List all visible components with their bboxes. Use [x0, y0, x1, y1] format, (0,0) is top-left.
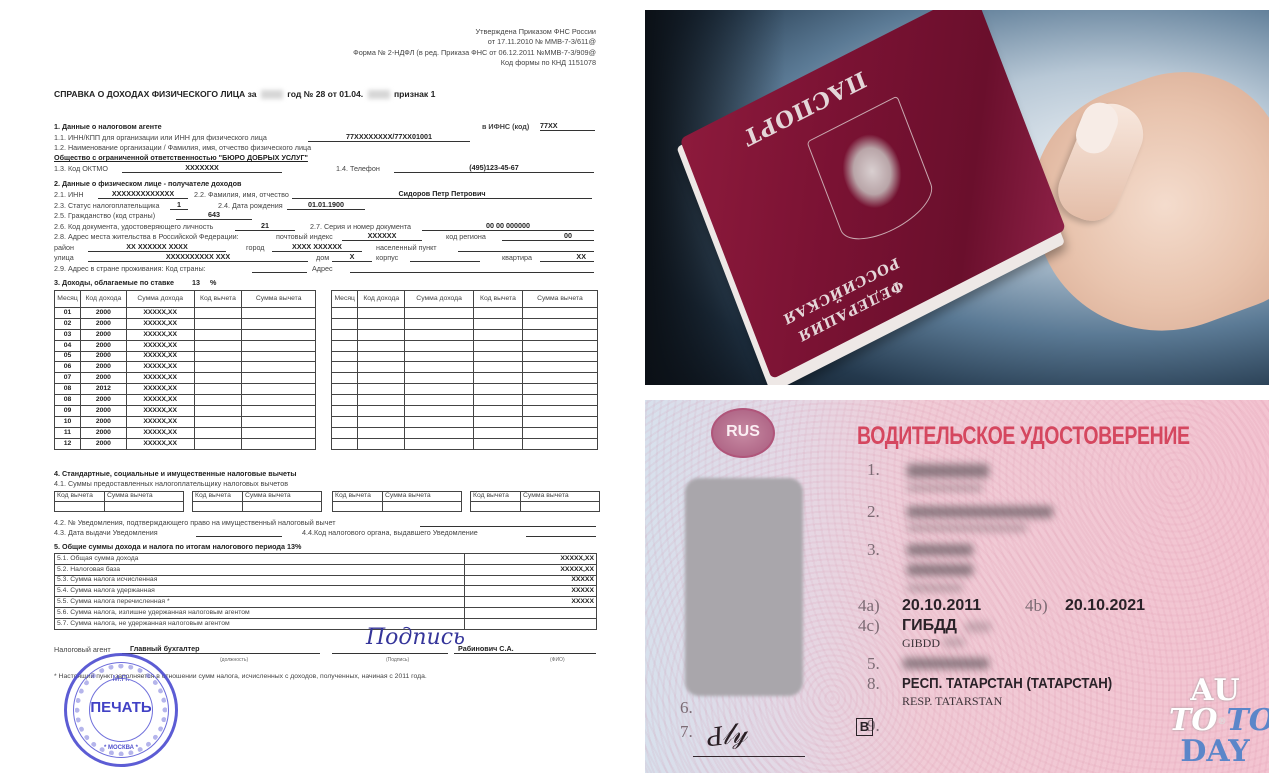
document-title: СПРАВКА О ДОХОДАХ ФИЗИЧЕСКОГО ЛИЦА за го… [54, 89, 435, 99]
postal-label: почтовый индекс [276, 233, 333, 242]
field-2-label: 2. [867, 502, 880, 522]
income-cell: 2000 [80, 373, 126, 384]
income-cell: 05 [55, 351, 81, 362]
income-cell: XXXXX,XX [126, 406, 194, 417]
income-row: 052000XXXXX,XX [55, 351, 316, 362]
income-cell [474, 406, 523, 417]
income-cell [194, 395, 242, 406]
income-cell: 2000 [80, 438, 126, 449]
building-label: корпус [376, 254, 398, 263]
income-cell [358, 416, 405, 427]
tax-rate-unit: % [210, 278, 216, 287]
totals-label: 5.4. Сумма налога удержанная [55, 586, 465, 597]
org-name-value: Общество с ограниченной ответственностью… [54, 154, 308, 163]
deduction-code-header: Код вычета [471, 492, 521, 502]
autotoday-watermark-logo: AU TO®TO DAY [1169, 676, 1261, 767]
income-cell: 2000 [80, 395, 126, 406]
income-column-header: Сумма дохода [405, 291, 474, 308]
income-cell: 2000 [80, 318, 126, 329]
income-cell [522, 427, 597, 438]
org-name-label: 1.2. Наименование организации / Фамилия,… [54, 144, 311, 153]
totals-label: 5.2. Налоговая база [55, 564, 465, 575]
field-5-label: 5. [867, 654, 880, 674]
totals-row: 5.2. Налоговая база XXXXX,XX [55, 564, 597, 575]
section5-heading: 5. Общие суммы дохода и налога по итогам… [54, 543, 301, 552]
income-row: 022000XXXXX,XX [55, 318, 316, 329]
deduction-code-header: Код вычета [333, 492, 383, 502]
field-1-redacted-sub [907, 484, 983, 492]
totals-row: 5.5. Сумма налога перечисленная * XXXXX [55, 597, 597, 608]
income-cell [405, 340, 474, 351]
deduction-table: Код вычета Сумма вычета [332, 491, 462, 512]
income-cell [474, 318, 523, 329]
inn-value: XXXXXXXXXXXXX [98, 189, 188, 199]
blurred-photo [685, 478, 803, 696]
income-cell [332, 329, 358, 340]
position-caption: (должность) [220, 657, 248, 663]
district-label: район [54, 244, 74, 253]
income-cell [405, 395, 474, 406]
income-row: 122000XXXXX,XX [55, 438, 316, 449]
income-cell [474, 427, 523, 438]
income-cell [332, 384, 358, 395]
income-cell [405, 438, 474, 449]
position-value: Главный бухгалтер [122, 644, 320, 654]
deduction-table: Код вычета Сумма вычета [54, 491, 184, 512]
income-cell [522, 438, 597, 449]
oktmo-value: XXXXXXX [122, 163, 282, 173]
income-row: 082012XXXXX,XX [55, 384, 316, 395]
income-cell [474, 416, 523, 427]
income-cell [405, 329, 474, 340]
field-3-redacted-2 [907, 564, 973, 576]
field-1-label: 1. [867, 460, 880, 480]
income-row: 092000XXXXX,XX [55, 406, 316, 417]
income-row: 102000XXXXX,XX [55, 416, 316, 427]
income-cell [474, 438, 523, 449]
income-cell [405, 416, 474, 427]
citizenship-label: 2.5. Гражданство (код страны) [54, 212, 155, 221]
totals-value: XXXXX,XX [465, 554, 597, 565]
income-column-header: Сумма вычета [522, 291, 597, 308]
deductions-sublabel: 4.1. Суммы предоставленных налогоплатель… [54, 480, 288, 489]
tax-rate-value: 13 [192, 278, 200, 287]
section2-heading: 2. Данные о физическом лице - получателе… [54, 180, 241, 189]
deduction-table: Код вычета Сумма вычета [470, 491, 600, 512]
income-cell [332, 351, 358, 362]
deduction-sum-cell [383, 502, 462, 512]
section3-heading: 3. Доходы, облагаемые по ставке 13 % [54, 279, 216, 288]
totals-table: 5.1. Общая сумма дохода XXXXX,XX 5.2. На… [54, 553, 597, 630]
income-cell [474, 329, 523, 340]
income-cell: XXXXX,XX [126, 438, 194, 449]
income-cell [358, 308, 405, 319]
issuer-redacted [965, 622, 991, 632]
street-value: XXXXXXXXXX XXX [88, 252, 308, 262]
redacted-year [261, 90, 283, 99]
income-cell [474, 340, 523, 351]
district-value: XX XXXXXX XXXX [88, 242, 226, 252]
deduction-sum-cell [521, 502, 600, 512]
income-cell: 04 [55, 340, 81, 351]
deduction-code-cell [193, 502, 243, 512]
income-cell [358, 384, 405, 395]
income-cell [358, 427, 405, 438]
approval-line: Код формы по КНД 1151078 [353, 58, 596, 68]
income-cell [405, 318, 474, 329]
totals-value [465, 607, 597, 618]
income-cell: 11 [55, 427, 81, 438]
income-header-row: МесяцКод доходаСумма доходаКод вычетаСум… [332, 291, 598, 308]
ifns-label: в ИФНС (код) [482, 123, 529, 132]
fio-label: 2.2. Фамилия, имя, отчество [194, 191, 289, 200]
region-value: 00 [502, 231, 594, 241]
deduction-table: Код вычета Сумма вычета [192, 491, 322, 512]
issuer-value: ГИБДД [902, 617, 957, 635]
house-value: X [332, 252, 372, 262]
country-code: RUS [713, 423, 773, 441]
deduction-sum-header: Сумма вычета [243, 492, 322, 502]
income-cell: XXXXX,XX [126, 308, 194, 319]
deduction-row [193, 502, 322, 512]
income-cell: XXXXX,XX [126, 416, 194, 427]
postal-value: XXXXXX [342, 231, 422, 241]
income-column-header: Код вычета [474, 291, 523, 308]
watermark-line1: AU [1169, 676, 1261, 706]
income-table-right: МесяцКод доходаСумма доходаКод вычетаСум… [331, 290, 598, 450]
income-cell [332, 438, 358, 449]
deduction-sum-header: Сумма вычета [521, 492, 600, 502]
field-2-redacted-sub [907, 524, 1027, 532]
income-cell [405, 351, 474, 362]
field-8-label: 8. [867, 674, 880, 694]
income-cell [242, 438, 316, 449]
deduction-header-row: Код вычета Сумма вычета [333, 492, 462, 502]
income-cell: 03 [55, 329, 81, 340]
totals-label: 5.5. Сумма налога перечисленная * [55, 597, 465, 608]
income-cell: XXXXX,XX [126, 329, 194, 340]
income-cell [358, 362, 405, 373]
inn-label: 2.1. ИНН [54, 191, 84, 200]
income-cell [522, 362, 597, 373]
deduction-sum-cell [105, 502, 184, 512]
totals-row: 5.6. Сумма налога, излишне удержанная на… [55, 607, 597, 618]
field-2-redacted [907, 506, 1053, 518]
income-cell [332, 427, 358, 438]
section4-heading: 4. Стандартные, социальные и имущественн… [54, 470, 297, 479]
citizenship-value: 643 [176, 210, 252, 220]
foreign-address-field [350, 263, 594, 273]
income-row: 112000XXXXX,XX [55, 427, 316, 438]
income-cell [194, 351, 242, 362]
region-value: РЕСП. ТАТАРСТАН (ТАТАРСТАН) [902, 675, 1112, 692]
foreign-address-label: Адрес [312, 265, 333, 274]
income-cell [194, 308, 242, 319]
income-cell [405, 308, 474, 319]
income-cell: 2000 [80, 406, 126, 417]
deduction-row [333, 502, 462, 512]
apt-value: XX [540, 252, 594, 262]
income-column-header: Месяц [332, 291, 358, 308]
approval-line: от 17.11.2010 № ММВ-7-3/611@ [353, 37, 596, 47]
income-cell [242, 384, 316, 395]
income-cell [522, 308, 597, 319]
deduction-sum-cell [243, 502, 322, 512]
income-cell [242, 362, 316, 373]
deduction-header-row: Код вычета Сумма вычета [471, 492, 600, 502]
dob-value: 01.01.1900 [287, 200, 365, 210]
license-number-redacted [903, 658, 989, 669]
city-value: XXXX XXXXXX [272, 242, 362, 252]
income-cell [405, 427, 474, 438]
income-cell: 2000 [80, 329, 126, 340]
income-column-header: Сумма вычета [242, 291, 316, 308]
stamp-city: * МОСКВА * [67, 745, 175, 752]
income-cell: XXXXX,XX [126, 427, 194, 438]
deduction-code-cell [55, 502, 105, 512]
income-cell [242, 416, 316, 427]
ifns-value: 77XX [540, 121, 595, 131]
income-row [332, 340, 598, 351]
income-row [332, 308, 598, 319]
income-cell [194, 427, 242, 438]
income-cell: 2000 [80, 416, 126, 427]
house-label: дом [316, 254, 329, 263]
income-cell: XXXXX,XX [126, 373, 194, 384]
notice-org-label: 4.4.Код налогового органа, выдавшего Уве… [302, 529, 478, 538]
rus-country-badge: RUS [711, 408, 775, 458]
approval-line: Утверждена Приказом ФНС России [353, 27, 596, 37]
totals-value [465, 618, 597, 629]
phone-label: 1.4. Телефон [336, 165, 380, 174]
income-cell: 2000 [80, 427, 126, 438]
income-row [332, 362, 598, 373]
phone-value: (495)123-45-67 [394, 163, 594, 173]
income-cell: 02 [55, 318, 81, 329]
income-cell [194, 384, 242, 395]
income-cell [358, 329, 405, 340]
income-row: 042000XXXXX,XX [55, 340, 316, 351]
section1-heading: 1. Данные о налоговом агенте [54, 123, 162, 132]
deduction-header-row: Код вычета Сумма вычета [193, 492, 322, 502]
income-cell [242, 318, 316, 329]
totals-value: XXXXX [465, 597, 597, 608]
income-cell: 2000 [80, 308, 126, 319]
doc-series-value: 00 00 000000 [422, 221, 594, 231]
income-column-header: Код вычета [194, 291, 242, 308]
income-cell [405, 362, 474, 373]
issuer-latin: GIBDD [902, 636, 940, 651]
field-4a-label: 4a) [858, 596, 880, 616]
doc-code-label: 2.6. Код документа, удостоверяющего личн… [54, 223, 213, 232]
income-cell [332, 416, 358, 427]
income-header-row: МесяцКод доходаСумма доходаКод вычетаСум… [55, 291, 316, 308]
title-middle: год № 28 от 01.04. [287, 89, 363, 99]
income-row [332, 329, 598, 340]
income-cell [194, 406, 242, 417]
income-cell: XXXXX,XX [126, 362, 194, 373]
income-cell: 2012 [80, 384, 126, 395]
income-cell: 10 [55, 416, 81, 427]
foreign-country-label: 2.9. Адрес в стране проживания: Код стра… [54, 265, 206, 274]
deduction-row [471, 502, 600, 512]
income-cell [332, 318, 358, 329]
watermark-line3: DAY [1169, 737, 1261, 767]
ndfl-certificate-document: Утверждена Приказом ФНС России от 17.11.… [30, 10, 620, 780]
income-cell [405, 406, 474, 417]
totals-row: 5.7. Сумма налога, не удержанная налогов… [55, 618, 597, 629]
income-cell: XXXXX,XX [126, 395, 194, 406]
address-label: 2.8. Адрес места жительства в Российской… [54, 233, 239, 242]
field-3-label: 3. [867, 540, 880, 560]
income-row: 012000XXXXX,XX [55, 308, 316, 319]
signer-name-value: Рабинович С.А. [454, 644, 596, 654]
income-cell [332, 373, 358, 384]
deduction-code-cell [333, 502, 383, 512]
income-cell [194, 329, 242, 340]
income-cell [358, 406, 405, 417]
totals-row: 5.4. Сумма налога удержанная XXXXX [55, 586, 597, 597]
income-row [332, 406, 598, 417]
income-cell [405, 384, 474, 395]
watermark-to1: TO [1169, 703, 1217, 738]
income-cell [474, 384, 523, 395]
income-cell [242, 329, 316, 340]
income-cell [522, 406, 597, 417]
notice-date-label: 4.3. Дата выдачи Уведомления [54, 529, 158, 538]
field-7-label: 7. [680, 722, 693, 742]
income-cell: XXXXX,XX [126, 351, 194, 362]
approval-line: Форма № 2-НДФЛ (в ред. Приказа ФНС от 06… [353, 48, 596, 58]
deduction-row [55, 502, 184, 512]
income-cell [242, 406, 316, 417]
income-cell [242, 351, 316, 362]
income-row [332, 384, 598, 395]
income-cell [474, 395, 523, 406]
agent-label: Налоговый агент [54, 646, 111, 655]
income-cell: XXXXX,XX [126, 384, 194, 395]
issuer-latin-redacted [943, 638, 965, 647]
issue-date: 20.10.2011 [902, 597, 981, 615]
income-cell [522, 384, 597, 395]
oktmo-label: 1.3. Код ОКТМО [54, 165, 108, 174]
income-row [332, 318, 598, 329]
income-cell [522, 318, 597, 329]
income-cell [358, 340, 405, 351]
deduction-sum-header: Сумма вычета [105, 492, 184, 502]
income-cell [194, 318, 242, 329]
income-cell: XXXXX,XX [126, 340, 194, 351]
totals-value: XXXXX [465, 575, 597, 586]
income-cell [522, 340, 597, 351]
approval-header: Утверждена Приказом ФНС России от 17.11.… [353, 27, 596, 68]
income-row: 082000XXXXX,XX [55, 395, 316, 406]
stamp-text: ПЕЧАТЬ [67, 699, 175, 717]
totals-label: 5.1. Общая сумма дохода [55, 554, 465, 565]
totals-value: XXXXX,XX [465, 564, 597, 575]
watermark-line2: TO®TO [1169, 706, 1261, 737]
building-field [410, 252, 480, 262]
stamp-mp: М.П. [67, 674, 175, 684]
totals-label: 5.6. Сумма налога, излишне удержанная на… [55, 607, 465, 618]
doc-code-value: 21 [235, 221, 295, 231]
income-row [332, 438, 598, 449]
income-cell [194, 340, 242, 351]
income-table-left: МесяцКод доходаСумма доходаКод вычетаСум… [54, 290, 316, 450]
totals-row: 5.3. Сумма налога исчисленная XXXXX [55, 575, 597, 586]
inn-kpp-label: 1.1. ИНН/КПП для организации или ИНН для… [54, 134, 267, 143]
deduction-sum-header: Сумма вычета [383, 492, 462, 502]
income-cell: 2000 [80, 340, 126, 351]
income-row [332, 427, 598, 438]
income-row: 062000XXXXX,XX [55, 362, 316, 373]
deduction-code-cell [471, 502, 521, 512]
income-cell [194, 438, 242, 449]
fio-value: Сидоров Петр Петрович [292, 189, 592, 199]
field-3-redacted-3 [907, 584, 963, 592]
apt-label: квартира [502, 254, 532, 263]
category-box: B [856, 718, 873, 736]
income-column-header: Код дохода [358, 291, 405, 308]
field-3-redacted [907, 544, 973, 556]
income-cell: 09 [55, 406, 81, 417]
title-suffix: признак 1 [394, 89, 435, 99]
income-row [332, 416, 598, 427]
expiry-date: 20.10.2021 [1065, 597, 1145, 615]
totals-label: 5.3. Сумма налога исчисленная [55, 575, 465, 586]
income-cell [358, 351, 405, 362]
income-cell [194, 373, 242, 384]
status-label: 2.3. Статус налогоплательщика [54, 202, 159, 211]
income-cell [522, 373, 597, 384]
income-cell: 2000 [80, 362, 126, 373]
income-cell [332, 362, 358, 373]
holder-signature: Ԁ𝓁𝓎 [703, 715, 749, 755]
signer-name-caption: (ФИО) [550, 657, 565, 663]
income-cell [332, 340, 358, 351]
notice-date-field [196, 527, 282, 537]
income-cell [358, 395, 405, 406]
notice-field [420, 517, 596, 527]
income-column-header: Сумма дохода [126, 291, 194, 308]
company-seal-stamp: М.П. ПЕЧАТЬ * МОСКВА * [64, 653, 178, 767]
deduction-code-header: Код вычета [55, 492, 105, 502]
income-row: 072000XXXXX,XX [55, 373, 316, 384]
income-cell [474, 373, 523, 384]
field-4b-label: 4b) [1025, 596, 1048, 616]
totals-value: XXXXX [465, 586, 597, 597]
income-cell: 12 [55, 438, 81, 449]
income-cell: 07 [55, 373, 81, 384]
income-row [332, 373, 598, 384]
signature-image: Подпись [366, 625, 465, 651]
income-cell [332, 406, 358, 417]
income-cell [474, 308, 523, 319]
income-cell [522, 351, 597, 362]
income-cell: 2000 [80, 351, 126, 362]
income-cell [474, 351, 523, 362]
region-latin: RESP. TATARSTAN [902, 694, 1002, 709]
watermark-to2: TO [1226, 703, 1269, 738]
totals-row: 5.1. Общая сумма дохода XXXXX,XX [55, 554, 597, 565]
deduction-code-header: Код вычета [193, 492, 243, 502]
income-cell [242, 395, 316, 406]
income-cell [358, 373, 405, 384]
section3-heading-text: 3. Доходы, облагаемые по ставке [54, 278, 174, 287]
income-cell [194, 416, 242, 427]
income-cell [358, 438, 405, 449]
region-label: код региона [446, 233, 486, 242]
